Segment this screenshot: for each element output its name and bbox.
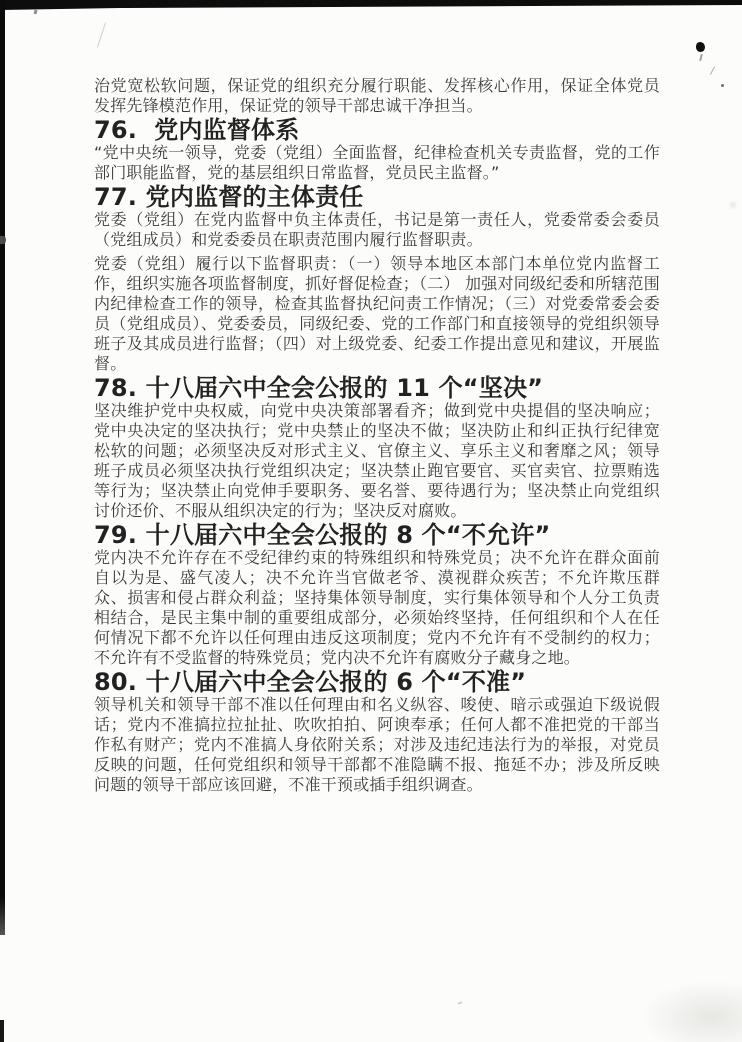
heading-80: 80. 十八届六中全会公报的 6 个“不准” bbox=[94, 672, 660, 692]
scan-scratch-top bbox=[97, 22, 106, 47]
scan-smudge-right bbox=[728, 200, 738, 210]
scan-speck-top-left bbox=[33, 10, 37, 15]
paragraph-duties: 党委（党组）履行以下监督职责：（一）领导本地区本部门本单位党内监督工作，组织实施… bbox=[94, 254, 660, 374]
document-content: 治党宽松软问题，保证党的组织充分履行职能、发挥核心作用，保证全体党员发挥先锋模范… bbox=[94, 76, 660, 799]
scan-speck-top-right bbox=[696, 42, 705, 52]
heading-77: 77. 党内监督的主体责任 bbox=[94, 187, 660, 207]
scan-scratch-right bbox=[710, 66, 715, 74]
heading-79: 79. 十八届六中全会公报的 8 个“不允许” bbox=[94, 525, 660, 545]
scan-border-top bbox=[0, 0, 742, 10]
heading-78: 78. 十八届六中全会公报的 11 个“坚决” bbox=[94, 378, 660, 398]
scan-mark-bottom-left bbox=[0, 1020, 4, 1042]
heading-76: 76. 党内监督体系 bbox=[94, 120, 660, 140]
paragraph-6-buzhun: 领导机关和领导干部不准以任何理由和名义纵容、唆使、暗示或强迫下级说假话；党内不准… bbox=[94, 695, 660, 795]
scan-smudge-bottom-right bbox=[640, 980, 742, 1042]
scanned-page: 治党宽松软问题，保证党的组织充分履行职能、发挥核心作用，保证全体党员发挥先锋模范… bbox=[0, 0, 742, 1042]
paragraph-continuation: 治党宽松软问题，保证党的组织充分履行职能、发挥核心作用，保证全体党员发挥先锋模范… bbox=[94, 76, 660, 116]
scan-speck-right bbox=[721, 84, 724, 87]
scan-speck-tail bbox=[699, 54, 703, 61]
paragraph-11-jianjue: 坚决维护党中央权威，向党中央决策部署看齐；做到党中央提倡的坚决响应；党中央决定的… bbox=[94, 401, 660, 521]
paragraph-supervision-quote: “党中央统一领导，党委（党组）全面监督，纪律检查机关专责监督，党的工作部门职能监… bbox=[94, 143, 660, 183]
scan-speck-left-edge bbox=[0, 236, 6, 244]
paragraph-8-buyunxu: 党内决不允许存在不受纪律约束的特殊组织和特殊党员；决不允许在群众面前自以为是、盛… bbox=[94, 548, 660, 668]
scan-speck-bottom bbox=[458, 1001, 462, 1004]
scan-border-left bbox=[0, 0, 5, 935]
paragraph-responsibility: 党委（党组）在党内监督中负主体责任，书记是第一责任人，党委常委会委员（党组成员）… bbox=[94, 210, 660, 250]
